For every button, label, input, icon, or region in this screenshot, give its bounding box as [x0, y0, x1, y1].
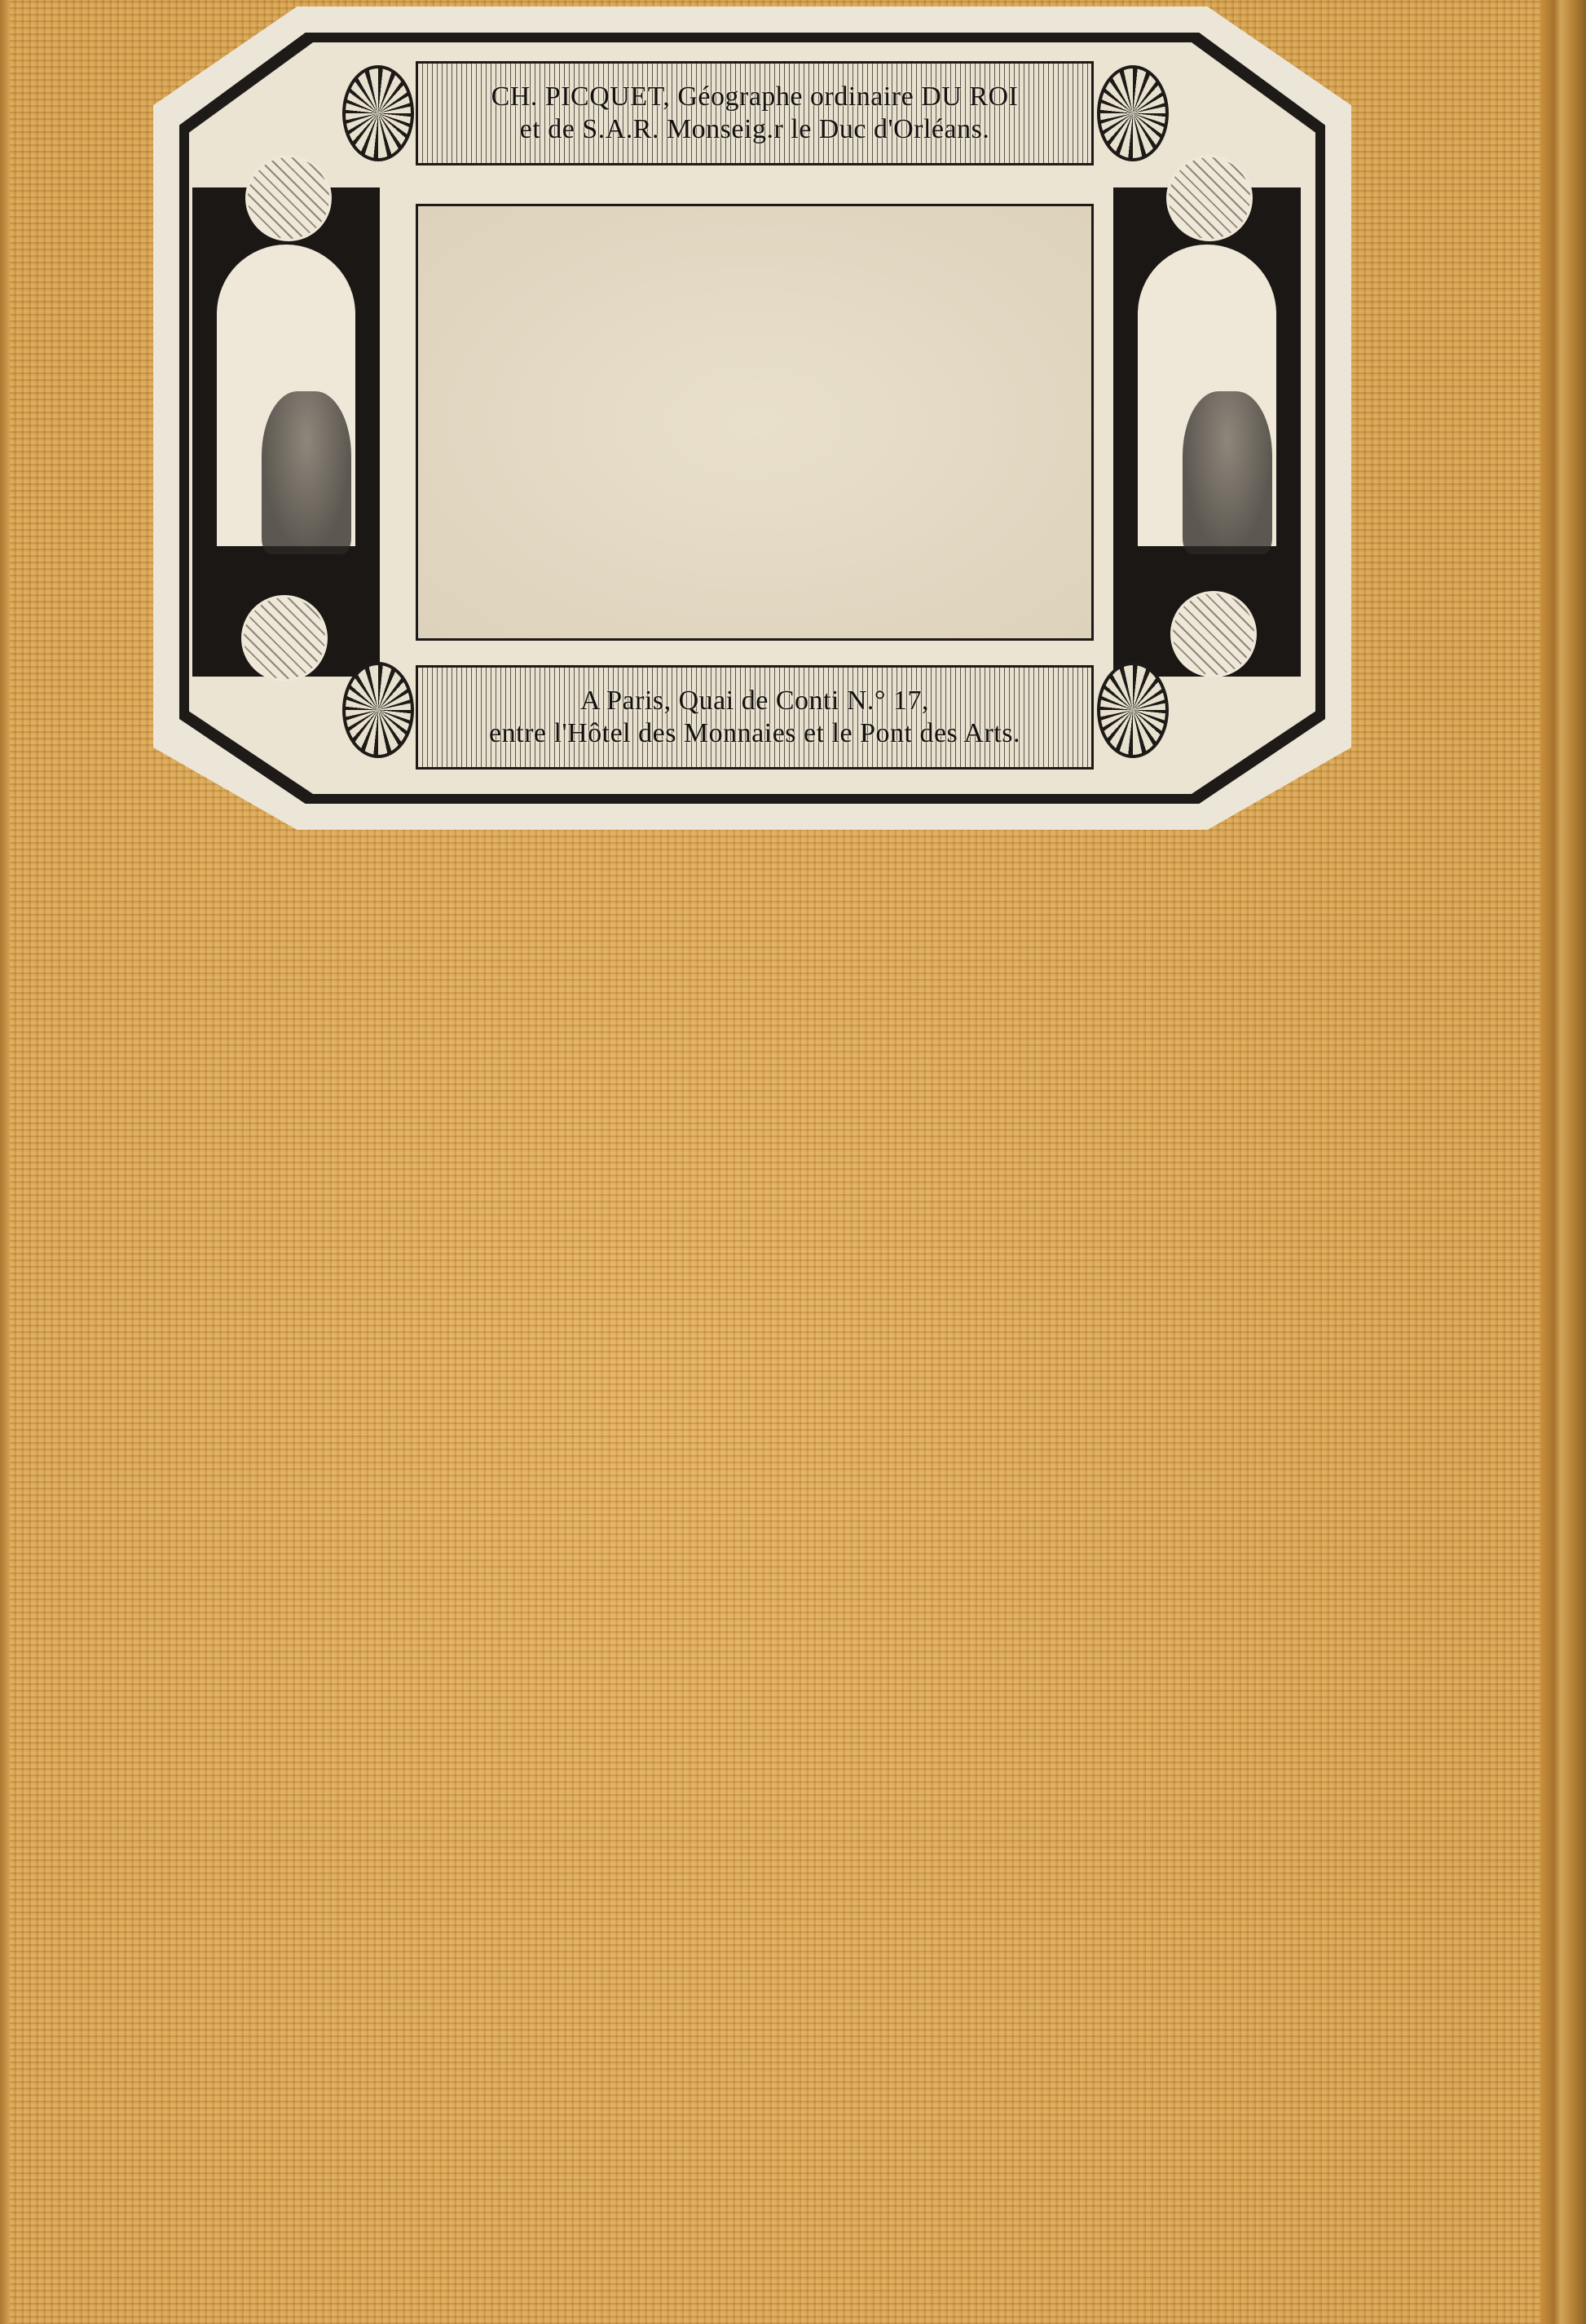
cover-spine-edge	[1540, 0, 1586, 2324]
globe-icon	[1166, 155, 1253, 241]
seated-figure-with-scroll	[262, 391, 351, 554]
address-line: A Paris, Quai de Conti N.° 17,	[580, 685, 929, 717]
rosette-ornament-icon	[342, 65, 414, 161]
globe-icon	[1170, 591, 1257, 677]
cloth-cover: CH. PICQUET, Géographe ordinaire DU ROI …	[0, 0, 1586, 2324]
left-ornament-column	[192, 187, 380, 677]
gothic-arch-niche	[1138, 245, 1276, 546]
publisher-name-line: CH. PICQUET, Géographe ordinaire DU ROI	[491, 81, 1019, 113]
address-location-line: entre l'Hôtel des Monnaies et le Pont de…	[489, 717, 1020, 750]
rosette-ornament-icon	[1097, 65, 1169, 161]
right-ornament-column	[1113, 187, 1301, 677]
publisher-patron-line: et de S.A.R. Monseig.r le Duc d'Orléans.	[520, 113, 990, 146]
publisher-banner: CH. PICQUET, Géographe ordinaire DU ROI …	[416, 61, 1094, 165]
globe-icon	[245, 155, 332, 241]
globe-icon	[241, 595, 328, 681]
address-banner: A Paris, Quai de Conti N.° 17, entre l'H…	[416, 665, 1094, 770]
rosette-ornament-icon	[1097, 662, 1169, 758]
cover-left-edge	[0, 0, 10, 2324]
rosette-ornament-icon	[342, 662, 414, 758]
seated-figure-with-globe	[1183, 391, 1272, 554]
blank-title-panel	[416, 204, 1094, 641]
gothic-arch-niche	[217, 245, 355, 546]
